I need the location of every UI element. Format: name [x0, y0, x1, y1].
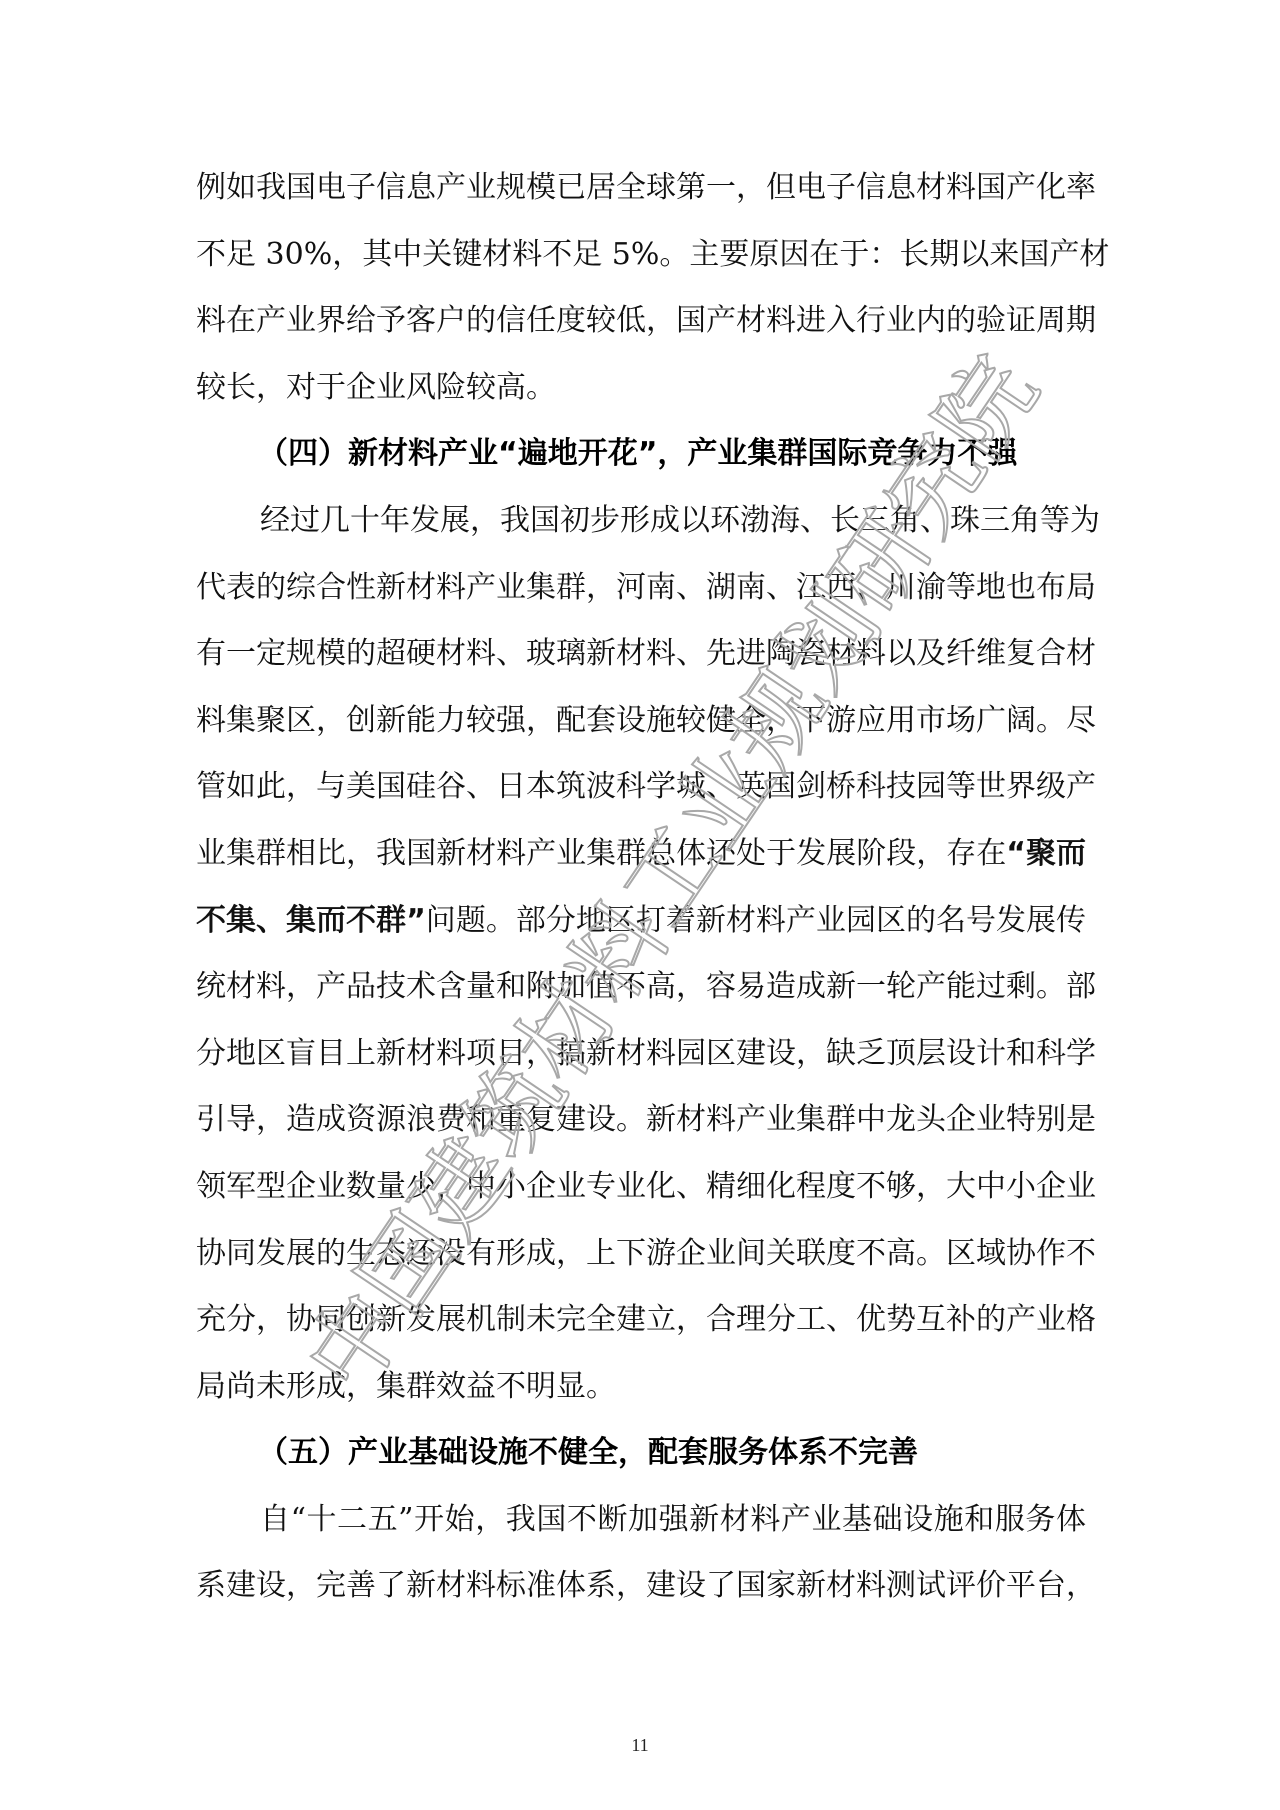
- section-heading-4: （四）新材料产业“遍地开花”，产业集群国际竞争力不强: [196, 421, 1086, 488]
- paragraph-line: 分地区盲目上新材料项目，搞新材料园区建设，缺乏顶层设计和科学: [196, 1021, 1086, 1088]
- paragraph-line: 业集群相比，我国新材料产业集群总体还处于发展阶段，存在“聚而: [196, 821, 1086, 888]
- paragraph-line: 有一定规模的超硬材料、玻璃新材料、先进陶瓷材料以及纤维复合材: [196, 621, 1086, 688]
- paragraph-line: 引导，造成资源浪费和重复建设。新材料产业集群中龙头企业特别是: [196, 1087, 1086, 1154]
- paragraph-line: 不足 30%，其中关键材料不足 5%。主要原因在于：长期以来国产材: [196, 222, 1086, 289]
- paragraph-line: 管如此，与美国硅谷、日本筑波科学城、英国剑桥科技园等世界级产: [196, 754, 1086, 821]
- paragraph-line: 代表的综合性新材料产业集群，河南、湖南、江西、川渝等地也布局: [196, 555, 1086, 622]
- paragraph-line: 例如我国电子信息产业规模已居全球第一，但电子信息材料国产化率: [196, 155, 1086, 222]
- emphasis-text: “聚而: [1006, 836, 1086, 871]
- paragraph-line: 经过几十年发展，我国初步形成以环渤海、长三角、珠三角等为: [196, 488, 1086, 555]
- line-text: 问题。部分地区打着新材料产业园区的名号发展传: [426, 903, 1086, 938]
- paragraph-line: 协同发展的生态还没有形成，上下游企业间关联度不高。区域协作不: [196, 1221, 1086, 1288]
- paragraph-line: 领军型企业数量少，中小企业专业化、精细化程度不够，大中小企业: [196, 1154, 1086, 1221]
- document-page: 例如我国电子信息产业规模已居全球第一，但电子信息材料国产化率 不足 30%，其中…: [0, 0, 1280, 1810]
- paragraph-line: 料在产业界给予客户的信任度较低，国产材料进入行业内的验证周期: [196, 288, 1086, 355]
- paragraph-line: 充分，协同创新发展机制未完全建立，合理分工、优势互补的产业格: [196, 1287, 1086, 1354]
- line-text: 业集群相比，我国新材料产业集群总体还处于发展阶段，存在: [196, 836, 1006, 871]
- paragraph-line: 自“十二五”开始，我国不断加强新材料产业基础设施和服务体: [196, 1487, 1086, 1554]
- paragraph-line: 料集聚区，创新能力较强，配套设施较健全，下游应用市场广阔。尽: [196, 688, 1086, 755]
- paragraph-line: 局尚未形成，集群效益不明显。: [196, 1354, 1086, 1421]
- page-number: 11: [0, 1735, 1280, 1756]
- paragraph-line: 统材料，产品技术含量和附加值不高，容易造成新一轮产能过剩。部: [196, 954, 1086, 1021]
- body-text: 例如我国电子信息产业规模已居全球第一，但电子信息材料国产化率 不足 30%，其中…: [196, 155, 1086, 1620]
- paragraph-line: 系建设，完善了新材料标准体系，建设了国家新材料测试评价平台，: [196, 1553, 1086, 1620]
- paragraph-line: 较长，对于企业风险较高。: [196, 355, 1086, 422]
- emphasis-text: 不集、集而不群”: [196, 903, 426, 938]
- section-heading-5: （五）产业基础设施不健全，配套服务体系不完善: [196, 1420, 1086, 1487]
- paragraph-line: 不集、集而不群”问题。部分地区打着新材料产业园区的名号发展传: [196, 888, 1086, 955]
